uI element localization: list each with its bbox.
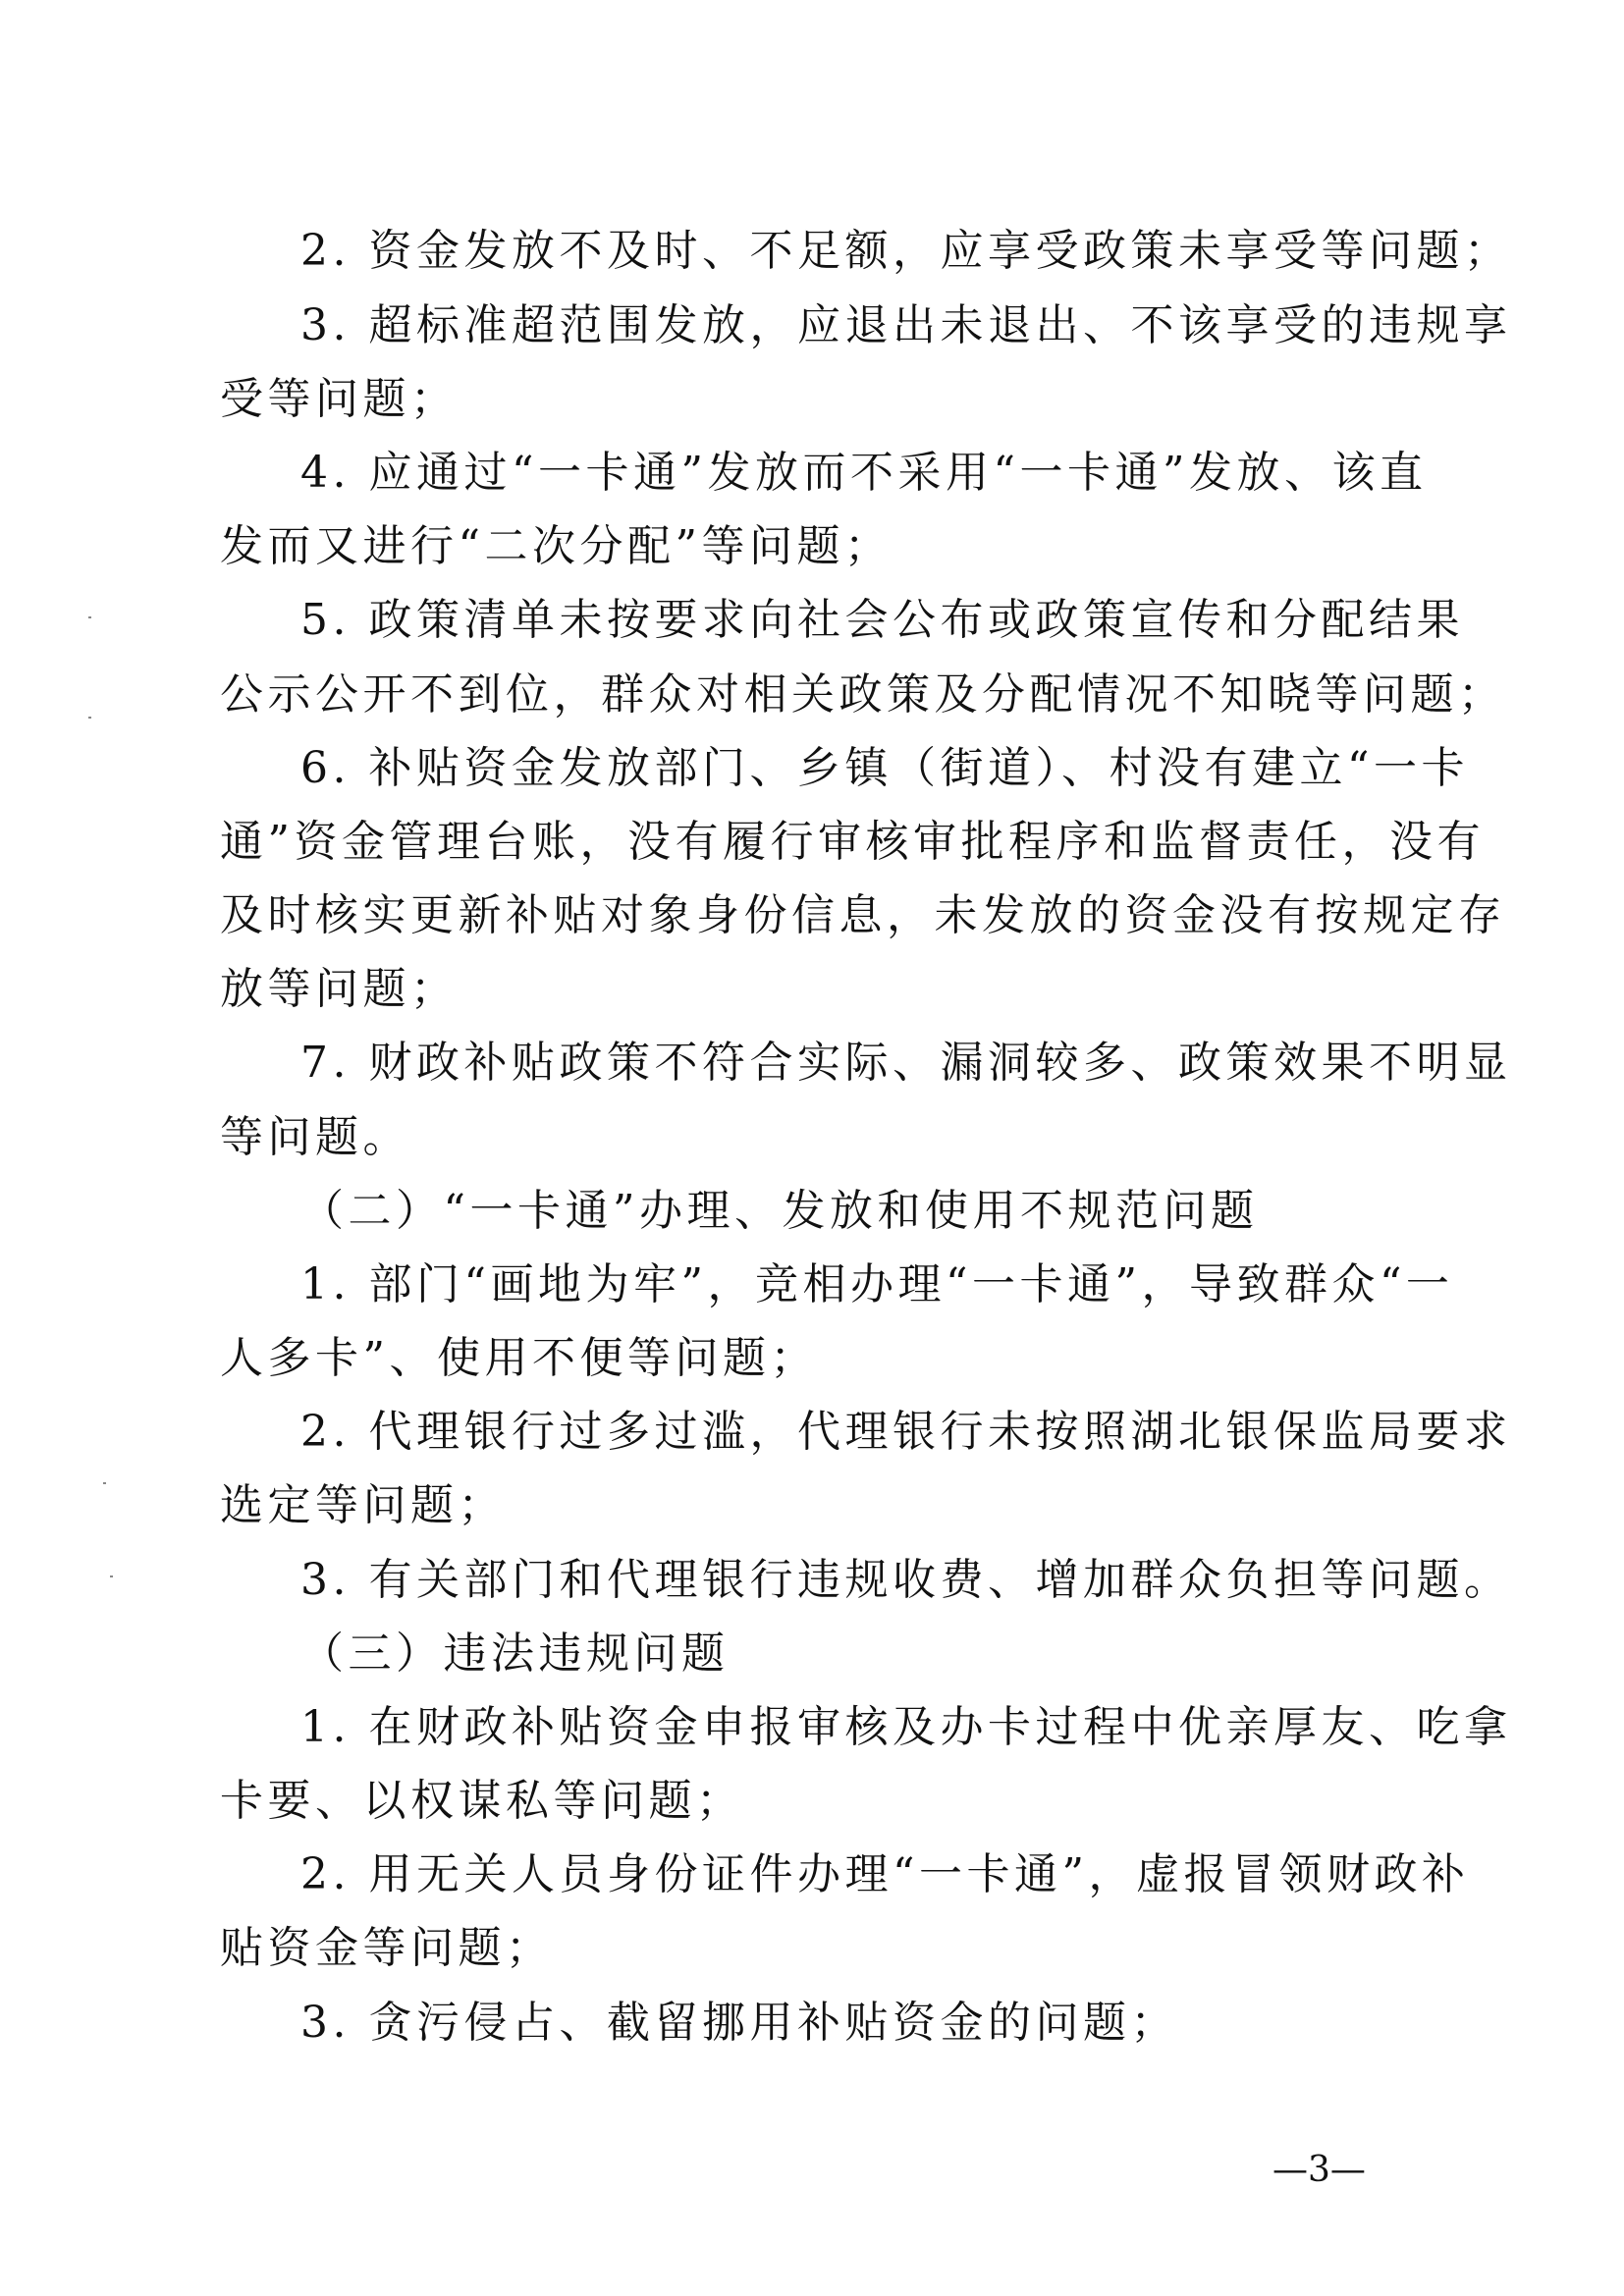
scan-speck: [103, 1482, 106, 1484]
scan-speck: [88, 717, 91, 719]
list-item-continuation: 公示公开不到位，群众对相关政策及分配情况不知晓等问题；: [220, 666, 1506, 739]
list-item-continuation: 等问题。: [220, 1108, 410, 1182]
list-item: 2. 用无关人员身份证件办理“一卡通”，虚报冒领财政补: [300, 1845, 1469, 1919]
list-item-continuation: 通”资金管理台账，没有履行审核审批程序和监督责任，没有: [220, 813, 1485, 886]
list-item-continuation: 选定等问题；: [220, 1476, 506, 1550]
list-item: 3. 贪污侵占、截留挪用补贴资金的问题；: [300, 1994, 1178, 2067]
list-item-continuation: 贴资金等问题；: [220, 1919, 554, 1993]
scan-speck: [88, 616, 91, 618]
list-item: 2. 代理银行过多过滥，代理银行未按照湖北银保监局要求: [300, 1403, 1511, 1476]
scan-speck: [110, 1575, 113, 1577]
list-item: 1. 部门“画地为牢”，竞相办理“一卡通”，导致群众“一: [300, 1255, 1453, 1329]
section-heading: （三）违法违规问题: [300, 1625, 730, 1698]
list-item: 4. 应通过“一卡通”发放而不采用“一卡通”发放、该直: [300, 444, 1427, 517]
list-item: 6. 补贴资金发放部门、乡镇（街道）、村没有建立“一卡: [300, 739, 1469, 813]
list-item: 3. 超标准超范围发放，应退出未退出、不该享受的违规享: [300, 296, 1511, 370]
list-item: 2. 资金发放不及时、不足额，应享受政策未享受等问题；: [300, 222, 1511, 295]
list-item-continuation: 卡要、以权谋私等问题；: [220, 1772, 744, 1845]
list-item-continuation: 受等问题；: [220, 370, 459, 444]
list-item: 7. 财政补贴政策不符合实际、漏洞较多、政策效果不明显: [300, 1034, 1511, 1107]
list-item: 5. 政策清单未按要求向社会公布或政策宣传和分配结果: [300, 591, 1464, 665]
list-item-continuation: 放等问题；: [220, 960, 459, 1034]
page-number: —3—: [1272, 2150, 1366, 2190]
list-item: 3. 有关部门和代理银行违规收费、增加群众负担等问题。: [300, 1551, 1511, 1625]
list-item-continuation: 人多卡”、使用不便等问题；: [220, 1329, 818, 1403]
section-heading: （二）“一卡通”办理、发放和使用不规范问题: [300, 1182, 1259, 1255]
list-item: 1. 在财政补贴资金申报审核及办卡过程中优亲厚友、吃拿: [300, 1698, 1511, 1772]
list-item-continuation: 及时核实更新补贴对象身份信息，未发放的资金没有按规定存: [220, 886, 1506, 960]
list-item-continuation: 发而又进行“二次分配”等问题；: [220, 517, 893, 591]
